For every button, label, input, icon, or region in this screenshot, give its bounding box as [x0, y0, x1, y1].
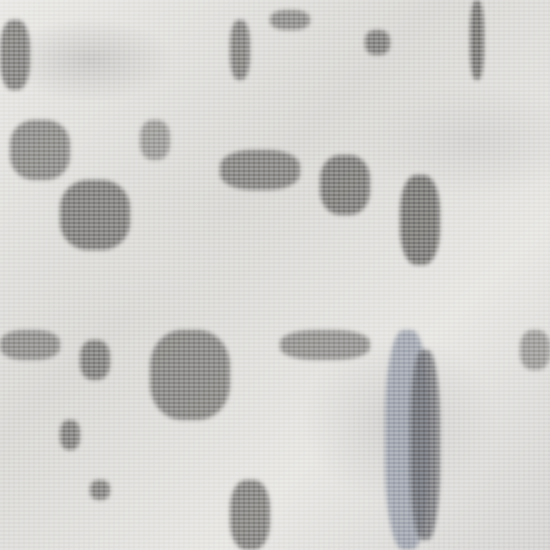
texture-noise	[0, 0, 550, 550]
rug-texture-photo	[0, 0, 550, 550]
